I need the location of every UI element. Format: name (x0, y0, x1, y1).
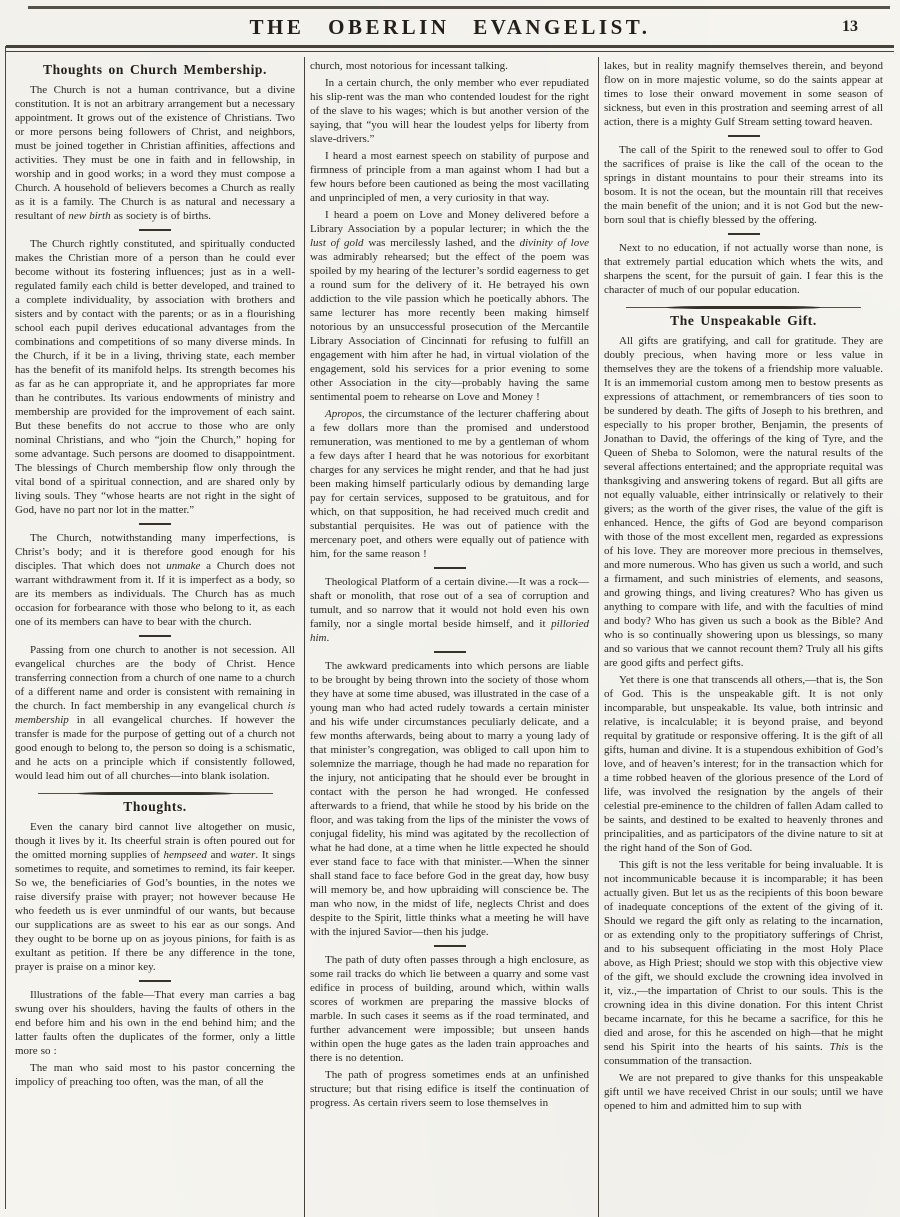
paragraph: This gift is not the less veritable for … (604, 858, 883, 1068)
paragraph-continuation: lakes, but in reality magnify themselves… (604, 59, 883, 129)
paragraph: Passing from one church to another is no… (15, 643, 295, 783)
divider-rule (728, 135, 760, 137)
paragraph: We are not prepared to give thanks for t… (604, 1071, 883, 1113)
divider-rule (139, 980, 171, 982)
paragraph-continuation: church, most notorious for incessant tal… (310, 59, 589, 73)
paragraph: The awkward predicaments into which pers… (310, 659, 589, 939)
newspaper-page: THE OBERLIN EVANGELIST. 13 Thoughts on C… (0, 0, 900, 1217)
swelled-rule (626, 304, 861, 310)
column-3: lakes, but in reality magnify themselves… (598, 57, 892, 1217)
divider-rule (728, 233, 760, 235)
paragraph: The Church is not a human contrivance, b… (15, 83, 295, 223)
paragraph: Apropos, the circumstance of the lecture… (310, 407, 589, 561)
paragraph: The path of duty often passes through a … (310, 953, 589, 1065)
columns: Thoughts on Church Membership. The Churc… (10, 57, 894, 1217)
paragraph: In a certain church, the only member who… (310, 76, 589, 146)
divider-rule (434, 567, 466, 569)
paragraph: The call of the Spirit to the renewed so… (604, 143, 883, 227)
paragraph: All gifts are gratifying, and call for g… (604, 334, 883, 670)
divider-rule (139, 229, 171, 231)
divider-rule (434, 651, 466, 653)
paragraph: The man who said most to his pastor conc… (15, 1061, 295, 1089)
article-heading-church-membership: Thoughts on Church Membership. (15, 62, 295, 78)
paragraph: Illustrations of the fable—That every ma… (15, 988, 295, 1058)
paragraph: The path of progress sometimes ends at a… (310, 1068, 589, 1110)
article-heading-unspeakable-gift: The Unspeakable Gift. (604, 313, 883, 329)
swelled-rule (38, 790, 273, 796)
masthead-title: THE OBERLIN EVANGELIST. (30, 9, 870, 40)
masthead-rule-bottom (6, 45, 894, 52)
paragraph: Next to no education, if not actually wo… (604, 241, 883, 297)
masthead: THE OBERLIN EVANGELIST. 13 (30, 9, 870, 42)
paragraph: I heard a most earnest speech on stabili… (310, 149, 589, 205)
paragraph: Theological Platform of a certain divine… (310, 575, 589, 645)
column-1: Thoughts on Church Membership. The Churc… (10, 57, 304, 1217)
divider-rule (434, 945, 466, 947)
divider-rule (139, 635, 171, 637)
column-2: church, most notorious for incessant tal… (304, 57, 598, 1217)
paragraph: The Church, notwithstanding many imperfe… (15, 531, 295, 629)
article-heading-thoughts: Thoughts. (15, 799, 295, 815)
divider-rule (139, 523, 171, 525)
page-number: 13 (842, 18, 858, 36)
paragraph: Even the canary bird cannot live altoget… (15, 820, 295, 974)
paragraph: The Church rightly constituted, and spir… (15, 237, 295, 517)
paragraph: Yet there is one that transcends all oth… (604, 673, 883, 855)
page-left-border-rule (5, 46, 6, 1209)
paragraph: I heard a poem on Love and Money deliver… (310, 208, 589, 404)
